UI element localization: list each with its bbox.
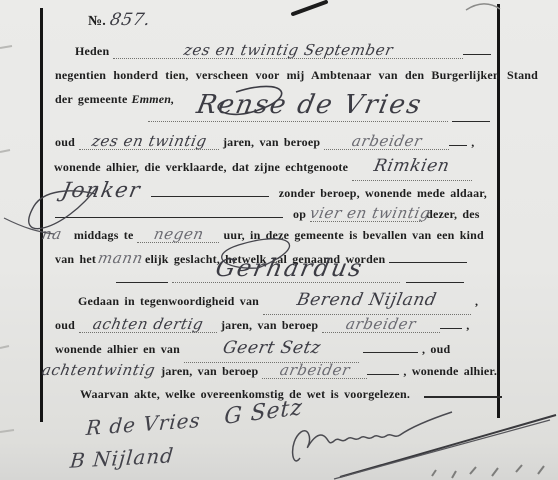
act-number: №. 857.	[88, 12, 150, 29]
left-margin-artifacts	[0, 46, 14, 432]
witness2-handwritten: Geert Setz	[221, 340, 322, 357]
witness2-beroep-blank: arbeider	[262, 363, 367, 379]
filler-rule	[151, 184, 269, 197]
geslacht-pre: van het	[55, 252, 96, 266]
line-declarant-age: oud zes en twintig jaren, van beroep arb…	[55, 133, 474, 150]
geslacht-handwritten: mann	[97, 251, 145, 266]
dagdeel-handwritten: na	[41, 227, 64, 242]
line-jonker: Jonker zonder beroep, wonende mede aldaa…	[62, 180, 487, 201]
declarant-underline-end	[452, 121, 490, 122]
faint-top-curve	[466, 4, 500, 10]
jaren-beroep-label: jaren, van beroep	[221, 318, 318, 332]
birth-hour-blank: negen	[137, 227, 219, 243]
comma: ,	[471, 135, 474, 149]
line-year: negentien honderd tien, verscheen voor m…	[55, 67, 538, 83]
op-label: op	[293, 207, 306, 221]
comma: ,	[466, 318, 469, 332]
act-number-label: №.	[88, 14, 106, 29]
date-blank: zes en twintig September	[113, 43, 463, 59]
child-underline-left	[116, 282, 168, 283]
line-birth-day: op vier en twintig dezer, des	[55, 205, 480, 222]
echtgenoote-last-handwritten: Jonker	[60, 180, 143, 201]
declarant-beroep-handwritten: arbeider	[350, 134, 423, 149]
oud-label: oud	[55, 318, 75, 332]
line-witness1-age: oud achten dertig jaren, van beroep arbe…	[55, 316, 469, 333]
dezer-label: dezer, des	[426, 207, 480, 221]
bottom-cutoff-writing	[432, 465, 544, 478]
gedaan-label: Gedaan in tegenwoordigheid van	[78, 294, 259, 308]
declarant-name-handwritten: Rense de Vries	[195, 92, 425, 118]
witness1-blank: Berend Nijland	[263, 292, 471, 315]
oud2-label: , oud	[422, 342, 450, 356]
closing-rule	[424, 384, 502, 398]
child-name: Gerhardus	[140, 256, 440, 280]
child-underline-right	[406, 282, 464, 283]
filler-rule	[55, 205, 283, 218]
signature-flourish-line-2	[334, 420, 550, 479]
signature-declarant: R de Vries	[85, 408, 201, 440]
left-border-rule	[40, 8, 43, 422]
age-blank: zes en twintig	[79, 134, 219, 150]
line-witness1: Gedaan in tegenwoordigheid van Berend Ni…	[78, 292, 478, 315]
witness2-age-handwritten: achtentwintig	[41, 363, 157, 378]
witness2-beroep-handwritten: arbeider	[279, 363, 352, 378]
date-handwritten: zes en twintig September	[182, 43, 394, 58]
line-witness2: wonende alhier en van Geert Setz , oud	[55, 340, 450, 363]
witness1-handwritten: Berend Nijland	[296, 292, 439, 309]
line-heden: Heden zes en twintig September	[75, 42, 491, 59]
top-ink-slash	[293, 2, 326, 14]
witness1-beroep-handwritten: arbeider	[345, 317, 418, 332]
echtgenoote-blank: Rimkien	[352, 158, 472, 181]
oud-label: oud	[55, 135, 75, 149]
uur-text: uur, in deze gemeente is bevallen van ee…	[223, 228, 483, 242]
line-witness2-age: achtentwintig jaren, van beroep arbeider…	[42, 362, 497, 379]
witness1-age-handwritten: achten dertig	[91, 317, 204, 332]
filler-rule	[463, 42, 491, 55]
middags-label: middags te	[74, 228, 134, 242]
declarant-name: Rense de Vries	[140, 92, 480, 118]
year-text: negentien honderd tien, verscheen voor m…	[55, 68, 538, 82]
birth-certificate-scan: №. 857. Heden zes en twintig September n…	[0, 0, 558, 480]
birth-hour-handwritten: negen	[152, 227, 205, 242]
filler-rule	[363, 340, 418, 353]
waarvan-text: Waarvan akte, welke overeenkomstig de we…	[80, 387, 410, 401]
child-name-handwritten: Gerhardus	[214, 256, 366, 280]
witness2-blank: Geert Setz	[184, 340, 359, 363]
filler-rule	[449, 133, 467, 146]
comma: ,	[475, 294, 478, 308]
slot-text: , wonende alhier.	[403, 364, 497, 378]
filler-rule	[440, 316, 462, 329]
witness1-beroep-blank: arbeider	[322, 317, 440, 333]
registrar-signature	[293, 412, 452, 461]
declarant-age-handwritten: zes en twintig	[90, 134, 208, 149]
zonder-beroep-text: zonder beroep, wonende mede aldaar,	[279, 186, 487, 200]
line-birth-hour: na middags te negen uur, in deze gemeent…	[42, 227, 484, 243]
filler-rule	[367, 362, 399, 375]
declarant-underline	[148, 121, 448, 122]
birth-day-blank: vier en twintig	[310, 206, 422, 222]
wonende-text: wonende alhier, die verklaarde, dat zijn…	[54, 160, 348, 174]
signature-witness1: B Nijland	[69, 443, 175, 473]
jaren-beroep-label: jaren, van beroep	[161, 364, 258, 378]
act-number-value: 857.	[108, 12, 152, 29]
signature-flourish-line	[340, 415, 556, 477]
wonende2-text: wonende alhier en van	[55, 342, 180, 356]
birth-day-handwritten: vier en twintig	[309, 206, 432, 221]
jaren-beroep-label: jaren, van beroep	[223, 135, 320, 149]
gemeente-label: der gemeente	[55, 92, 127, 106]
beroep-blank: arbeider	[324, 134, 449, 150]
heden-label: Heden	[75, 44, 109, 58]
echtgenoote-first-handwritten: Rimkien	[373, 158, 452, 175]
child-underline	[172, 282, 400, 283]
witness1-age-blank: achten dertig	[79, 317, 217, 333]
